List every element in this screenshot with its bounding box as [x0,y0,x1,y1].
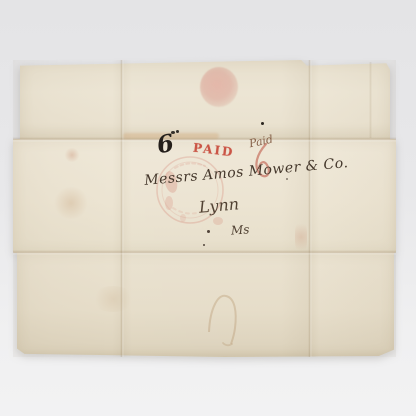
folded-letter: 6 PAID Paid Messrs Amos Mower & Co. Lynn… [13,60,396,357]
ink-dot [207,230,210,233]
letter-bottom-flap [17,252,394,357]
address-line-town: Lynn [198,196,239,215]
address-line-state: Ms [231,223,250,236]
ink-speck [176,130,179,133]
photo-background: 6 PAID Paid Messrs Amos Mower & Co. Lynn… [0,0,416,416]
manuscript-rate-mark: 6 [155,131,176,158]
wax-seal-stain [200,67,238,107]
ink-dot [203,244,205,246]
ink-speck [261,122,264,125]
ink-speck [286,178,288,180]
